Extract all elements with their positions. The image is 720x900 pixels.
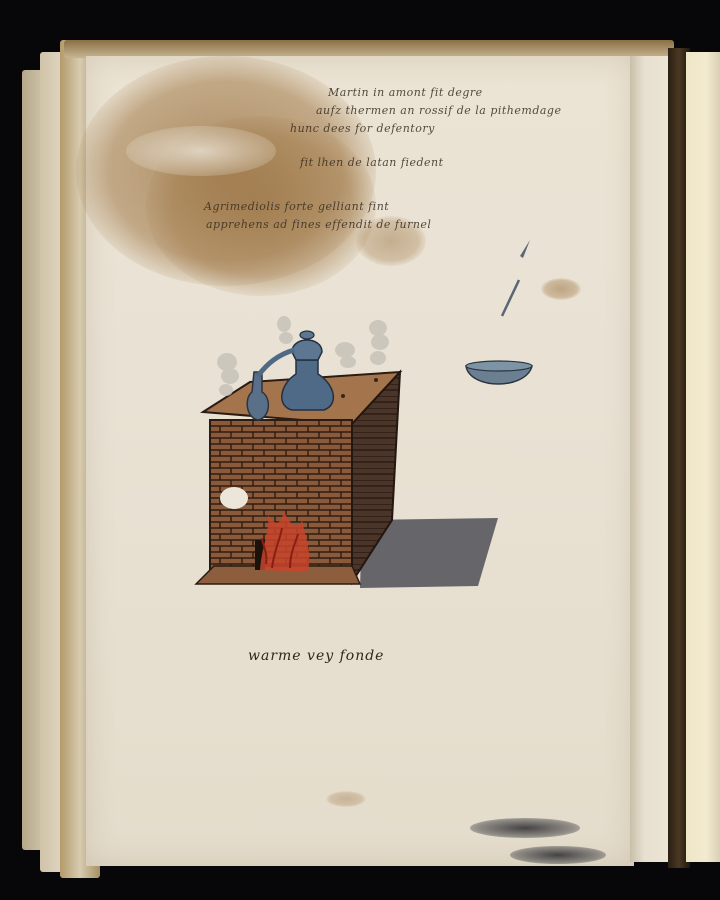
alembic-flask (282, 360, 334, 410)
illustration-caption: warme vey fonde (248, 648, 384, 664)
furnace-illustration (0, 0, 720, 900)
falling-drop (520, 240, 530, 258)
receiving-flask (247, 372, 268, 420)
alembic-head (292, 340, 322, 360)
alembic-spout (258, 350, 294, 376)
paint-loss (220, 487, 248, 509)
ink-smudge (510, 846, 606, 864)
ink-smudge (470, 818, 580, 838)
falling-drop (502, 280, 519, 316)
